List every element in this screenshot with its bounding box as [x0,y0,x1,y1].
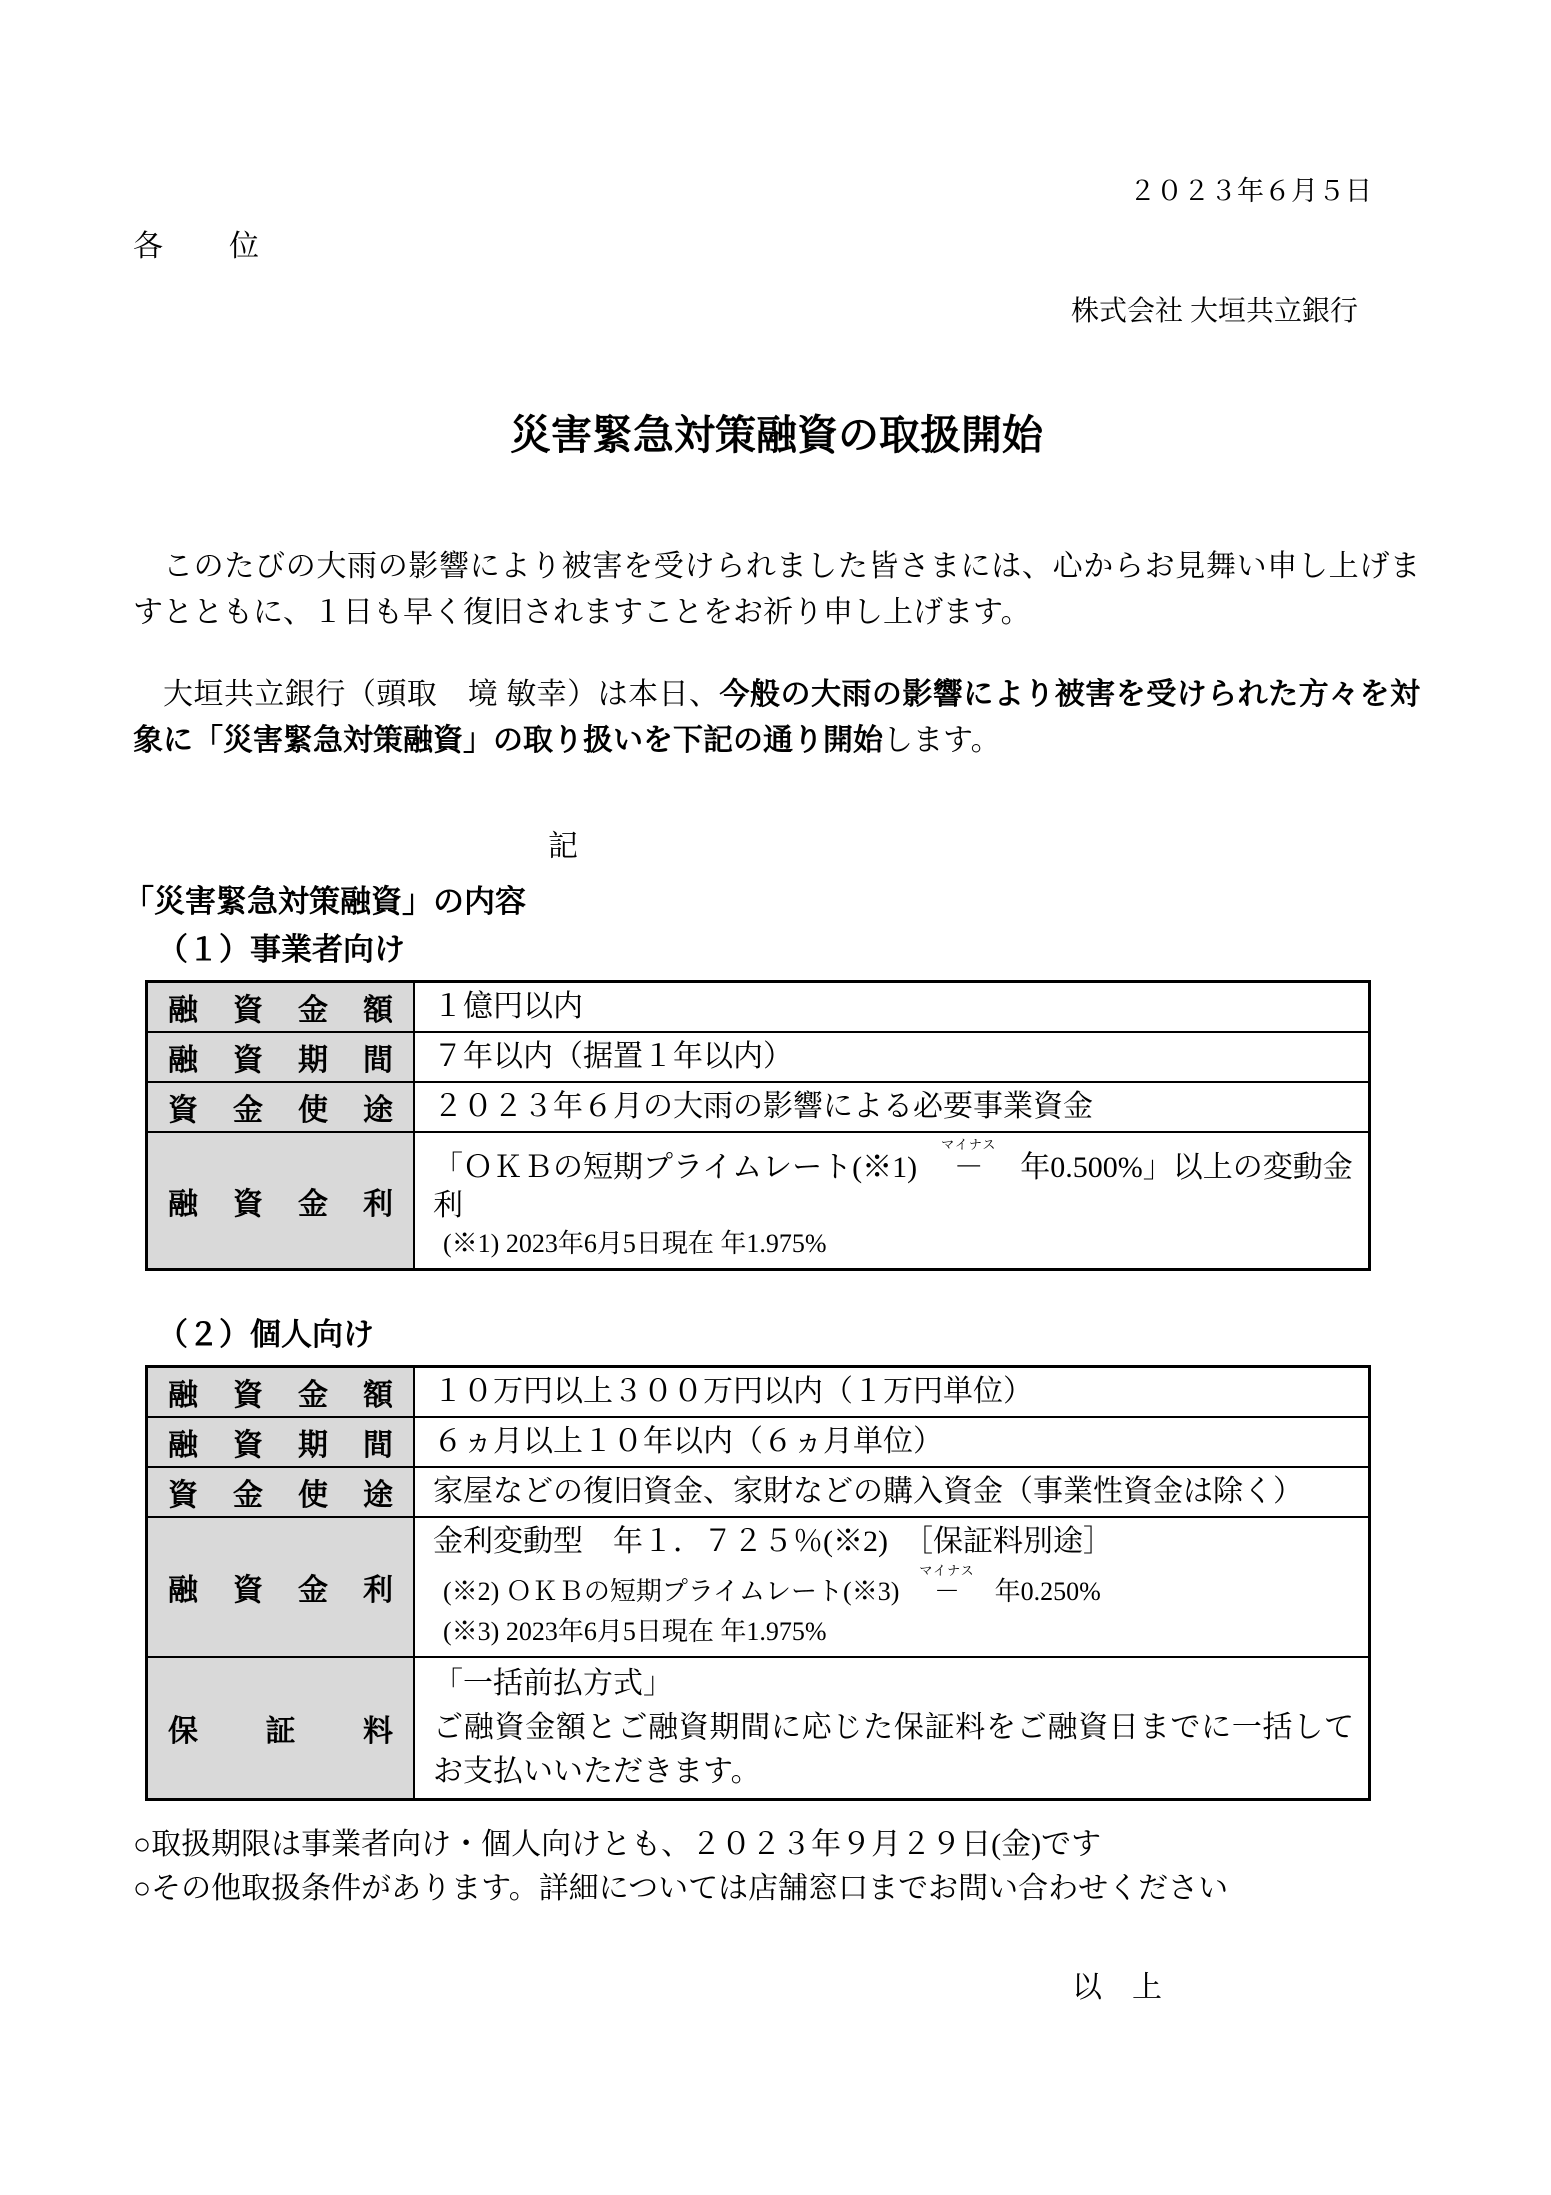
rate-footnote: (※1) 2023年6月5日現在 年1.975% [433,1224,1354,1264]
note-deadline: ○取扱期限は事業者向け・個人向けとも、２０２３年９月２９日(金)です [133,1823,1420,1867]
closing-marker: 以 上 [133,1967,1420,2009]
rate-footnote-3: (※3) 2023年6月5日現在 年1.975% [433,1612,1354,1652]
content-heading: 「災害緊急対策融資」の内容 [123,880,1420,924]
document-title: 災害緊急対策融資の取扱開始 [133,406,1420,464]
document-date: ２０２３年６月５日 [133,172,1420,210]
ki-marker: 記 [133,824,993,870]
table-row: 融資金利 金利変動型 年１．７２５％(※2) ［保証料別途］ (※2) ＯＫＢの… [147,1517,1370,1657]
announcement-normal-end: します。 [883,724,1001,757]
rate-prefix: 「ＯＫＢの短期プライムレート(※1) [433,1151,947,1184]
row-label-interest-rate: 融資金利 [147,1132,415,1270]
recipient-line: 各 位 [133,226,1420,268]
section1-heading: （１）事業者向け [157,930,1420,970]
row-label-loan-amount: 融資金額 [147,1367,415,1418]
row-value-interest-rate: 「ＯＫＢの短期プライムレート(※1) －マイナス 年0.500%」以上の変動金利… [414,1132,1370,1270]
row-value-guarantee-fee: 「一括前払方式」 ご融資金額とご融資期間に応じた保証料をご融資日までに一括してお… [414,1657,1370,1800]
row-label-interest-rate: 融資金利 [147,1517,415,1657]
table-row: 資金使途 家屋などの復旧資金、家財などの購入資金（事業性資金は除く） [147,1467,1370,1517]
announcement-paragraph: 大垣共立銀行（頭取 境 敏幸）は本日、今般の大雨の影響により被害を受けられた方々… [133,672,1420,764]
rate-footnote-2: (※2) ＯＫＢの短期プライムレート(※3) －マイナス 年0.250% [433,1562,1354,1612]
row-value-fund-use: ２０２３年６月の大雨の影響による必要事業資金 [414,1082,1370,1132]
row-value-fund-use: 家屋などの復旧資金、家財などの購入資金（事業性資金は除く） [414,1467,1370,1517]
notes-block: ○取扱期限は事業者向け・個人向けとも、２０２３年９月２９日(金)です ○その他取… [133,1823,1420,1911]
table-row: 保証料 「一括前払方式」 ご融資金額とご融資期間に応じた保証料をご融資日までに一… [147,1657,1370,1800]
table-row: 融資金利 「ＯＫＢの短期プライムレート(※1) －マイナス 年0.500%」以上… [147,1132,1370,1270]
row-value-loan-amount: １０万円以上３００万円以内（１万円単位） [414,1367,1370,1418]
rate-prefix: (※2) ＯＫＢの短期プライムレート(※3) [443,1577,925,1606]
row-label-loan-amount: 融資金額 [147,982,415,1033]
note-conditions: ○その他取扱条件があります。詳細については店舗窓口までお問い合わせください [133,1867,1420,1911]
row-label-guarantee-fee: 保証料 [147,1657,415,1800]
minus-with-ruby: －マイナス [947,1151,990,1184]
table-row: 融資金額 １０万円以上３００万円以内（１万円単位） [147,1367,1370,1418]
table-row: 融資金額 １億円以内 [147,982,1370,1033]
personal-loan-table: 融資金額 １０万円以上３００万円以内（１万円単位） 融資期間 ６ヵ月以上１０年以… [145,1365,1371,1801]
table-row: 融資期間 ６ヵ月以上１０年以内（６ヵ月単位） [147,1417,1370,1467]
row-value-loan-amount: １億円以内 [414,982,1370,1033]
minus-with-ruby: －マイナス [925,1577,968,1606]
business-loan-table: 融資金額 １億円以内 融資期間 ７年以内（据置１年以内） 資金使途 ２０２３年６… [145,980,1371,1271]
rate-main-line: 金利変動型 年１．７２５％(※2) ［保証料別途］ [433,1522,1354,1562]
announcement-normal-start: 大垣共立銀行（頭取 境 敏幸）は本日、 [163,678,720,711]
row-value-loan-term: ６ヵ月以上１０年以内（６ヵ月単位） [414,1417,1370,1467]
company-name: 株式会社 大垣共立銀行 [133,292,1420,332]
minus-ruby-text: マイナス [919,1563,974,1578]
guarantee-detail-line: ご融資金額とご融資期間に応じた保証料をご融資日までに一括してお支払いいただきます… [433,1706,1354,1794]
minus-ruby-text: マイナス [941,1137,996,1152]
table-row: 融資期間 ７年以内（据置１年以内） [147,1032,1370,1082]
section2-heading: （２）個人向け [157,1315,1420,1355]
row-value-loan-term: ７年以内（据置１年以内） [414,1032,1370,1082]
row-label-loan-term: 融資期間 [147,1032,415,1082]
press-release-page: ２０２３年６月５日 各 位 株式会社 大垣共立銀行 災害緊急対策融資の取扱開始 … [0,0,1551,2195]
table-row: 資金使途 ２０２３年６月の大雨の影響による必要事業資金 [147,1082,1370,1132]
row-label-fund-use: 資金使途 [147,1082,415,1132]
row-label-fund-use: 資金使途 [147,1467,415,1517]
rate-suffix: 年0.250% [969,1577,1101,1606]
greeting-paragraph: このたびの大雨の影響により被害を受けられました皆さまには、心からお見舞い申し上げ… [133,544,1420,636]
minus-sign: － [919,1577,974,1606]
rate-formula-line: 「ＯＫＢの短期プライムレート(※1) －マイナス 年0.500%」以上の変動金利 [433,1137,1354,1224]
row-label-loan-term: 融資期間 [147,1417,415,1467]
minus-sign: － [941,1151,996,1184]
guarantee-method-line: 「一括前払方式」 [433,1662,1354,1706]
row-value-interest-rate: 金利変動型 年１．７２５％(※2) ［保証料別途］ (※2) ＯＫＢの短期プライ… [414,1517,1370,1657]
